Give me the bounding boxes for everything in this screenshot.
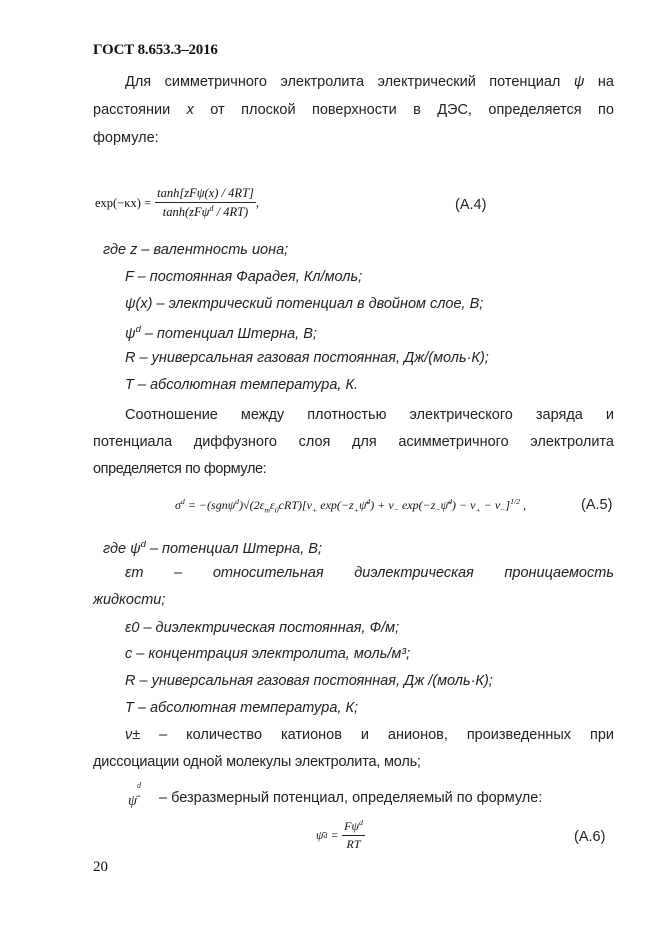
word: слоя [299,434,331,450]
definition-item: T – абсолютная температура, К. [125,377,358,393]
equation-number-a5: (А.5) [581,497,612,513]
word: от [210,102,224,118]
equation-number-a4: (А.4) [455,197,486,213]
para1-line1: Длясимметричногоэлектролитаэлектрический… [125,74,614,90]
word: и [606,407,614,423]
word: потенциала [93,434,172,450]
eq-a4-comma: , [256,196,259,211]
word: диэлектрическая [354,565,474,581]
word: произведенных [467,727,571,743]
word: – [174,565,182,581]
word: ψ [574,74,585,90]
word: определяется [488,102,581,118]
definition-item: R – универсальная газовая постоянная, Дж… [125,350,489,366]
eq-a4-lhs: exp(−κx) = [95,196,151,211]
word: симметричного [165,74,267,90]
def-R: R – универсальная газовая постоянная, Дж… [125,673,493,689]
eq-a4-numerator: tanh[zFψ(x) / 4RT] [155,186,256,203]
document-page: ГОСТ 8.653.3–2016 Длясимметричногоэлектр… [0,0,661,936]
word: количество [186,727,262,743]
word: x [187,102,194,118]
equation-number-a6: (А.6) [574,829,605,845]
word: плоской [241,102,295,118]
word: расстоянии [93,102,170,118]
word: на [598,74,614,90]
para1-line3: формуле: [93,130,159,146]
word: Соотношение [125,407,218,423]
word: потенциал [489,74,560,90]
def-T: T – абсолютная температура, К; [125,700,358,716]
word: между [241,407,284,423]
def-eps-0: ε0 – диэлектрическая постоянная, Ф/м; [125,620,399,636]
word: для [352,434,377,450]
page-number: 20 [93,859,108,876]
word: εm [125,565,143,581]
word: катионов [281,727,342,743]
para2-line2: потенциаладиффузногослоядляасимметричног… [93,434,614,450]
word: электролита [280,74,364,90]
word: электрического [409,407,512,423]
word: заряда [536,407,583,423]
word: Для [125,74,151,90]
eq-a4-fraction: tanh[zFψ(x) / 4RT] tanh(zFψd / 4RT) [155,186,256,220]
word: плотностью [307,407,386,423]
def-eps-m-line1: εm–относительнаядиэлектрическаяпроницаем… [125,565,614,581]
definition-item: F – постоянная Фарадея, Кл/моль; [125,269,362,285]
definition-item: ψ(x) – электрический потенциал в двойном… [125,296,483,312]
equation-a6: ψ̄d = Fψd RT [316,818,365,852]
def-psi-d: где ψd – потенциал Штерна, В; [103,538,322,557]
word: поверхности [312,102,397,118]
word: проницаемость [504,565,614,581]
equation-a4: exp(−κx) = tanh[zFψ(x) / 4RT] tanh(zFψd … [95,186,259,220]
para2-line1: Соотношениемеждуплотностьюэлектрического… [125,407,614,423]
equation-a5: σd = −(sgnψd)√(2εmε0cRT)[ν+ exp(−z+ψ̄d) … [175,497,526,514]
word: по [598,102,614,118]
def-psi-bar: ψ̄d – безразмерный потенциал, определяем… [128,789,542,807]
word: и [361,727,369,743]
def-nu-line1: ν±–количествокатионовианионов,произведен… [125,727,614,743]
word: – [159,727,167,743]
def-nu-line2: диссоциации одной молекулы электролита, … [93,754,421,770]
word: ДЭС, [437,102,472,118]
def-eps-m-line2: жидкости; [93,592,165,608]
word: электролита [530,434,614,450]
para1-line2: расстоянииxотплоскойповерхностивДЭС,опре… [93,102,614,118]
para2-line3: определяется по формуле: [93,461,266,477]
def-c: c – концентрация электролита, моль/м³; [125,646,410,662]
document-header: ГОСТ 8.653.3–2016 [93,42,218,59]
definition-item: ψd – потенциал Штерна, В; [125,323,317,342]
word: анионов, [388,727,448,743]
word: электрический [378,74,476,90]
word: диффузного [194,434,277,450]
word: асимметричного [398,434,508,450]
word: относительная [213,565,324,581]
eq-a4-denominator: tanh(zFψd / 4RT) [161,203,250,220]
word: при [590,727,614,743]
definition-item: где z – валентность иона; [103,242,288,258]
word: в [413,102,421,118]
word: ν± [125,727,140,743]
